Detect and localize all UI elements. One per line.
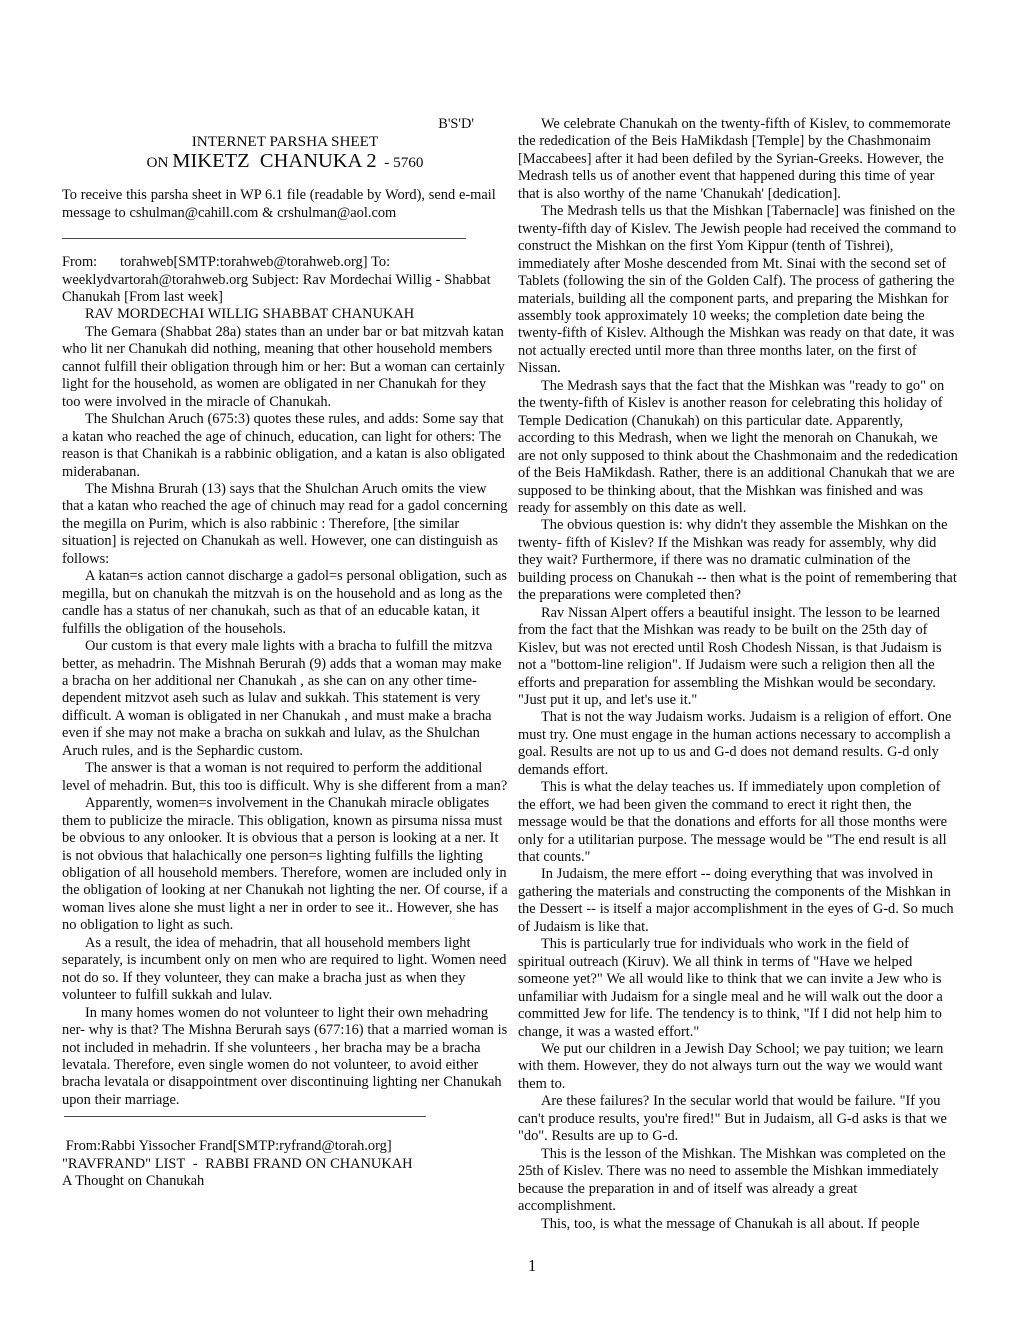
- paragraph: A Thought on Chanukah: [62, 1173, 508, 1190]
- two-column-layout: B'S'D' INTERNET PARSHA SHEET ON MIKETZ C…: [62, 116, 958, 1233]
- document-page: B'S'D' INTERNET PARSHA SHEET ON MIKETZ C…: [0, 0, 1020, 1320]
- paragraph: From:Rabbi Yissocher Frand[SMTP:ryfrand@…: [62, 1138, 508, 1155]
- paragraph: "RAVFRAND" LIST - RABBI FRAND ON CHANUKA…: [62, 1156, 508, 1173]
- paragraph: Rav Nissan Alpert offers a beautiful ins…: [518, 605, 958, 710]
- parsha-title-main: MIKETZ CHANUKA 2: [172, 150, 376, 172]
- paragraph: This is what the delay teaches us. If im…: [518, 779, 958, 866]
- horizontal-rule: [62, 238, 466, 239]
- paragraph: The answer is that a woman is not requir…: [62, 760, 508, 795]
- right-column-text: We celebrate Chanukah on the twenty-fift…: [518, 116, 958, 1233]
- paragraph: Are these failures? In the secular world…: [518, 1093, 958, 1145]
- sheet-title: INTERNET PARSHA SHEET: [62, 133, 508, 151]
- parsha-title-suffix: - 5760: [377, 154, 424, 171]
- paragraph: A katan=s action cannot discharge a gado…: [62, 568, 508, 638]
- paragraph: This, too, is what the message of Chanuk…: [518, 1216, 958, 1233]
- paragraph: The Mishna Brurah (13) says that the Shu…: [62, 481, 508, 568]
- horizontal-rule: [64, 1116, 426, 1117]
- paragraph: This is particularly true for individual…: [518, 936, 958, 1041]
- page-number: 1: [528, 1256, 536, 1276]
- paragraph: We celebrate Chanukah on the twenty-fift…: [518, 116, 958, 203]
- bsd-label: B'S'D': [62, 116, 508, 133]
- paragraph: Apparently, women=s involvement in the C…: [62, 795, 508, 935]
- paragraph: RAV MORDECHAI WILLIG SHABBAT CHANUKAH: [62, 306, 508, 323]
- paragraph: That is not the way Judaism works. Judai…: [518, 709, 958, 779]
- parsha-title-prefix: ON: [147, 154, 173, 171]
- paragraph: The Gemara (Shabbat 28a) states than an …: [62, 324, 508, 411]
- paragraph: As a result, the idea of mehadrin, that …: [62, 935, 508, 1005]
- right-column: We celebrate Chanukah on the twenty-fift…: [518, 116, 958, 1233]
- document-header: B'S'D' INTERNET PARSHA SHEET ON MIKETZ C…: [62, 116, 508, 173]
- paragraph: To receive this parsha sheet in WP 6.1 f…: [62, 187, 508, 222]
- paragraph: From: torahweb[SMTP:torahweb@torahweb.or…: [62, 254, 508, 306]
- parsha-title: ON MIKETZ CHANUKA 2 - 5760: [62, 151, 508, 173]
- paragraph: The Medrash tells us that the Mishkan [T…: [518, 203, 958, 378]
- paragraph: The obvious question is: why didn't they…: [518, 517, 958, 604]
- paragraph: We put our children in a Jewish Day Scho…: [518, 1041, 958, 1093]
- paragraph: In many homes women do not volunteer to …: [62, 1005, 508, 1110]
- paragraph: The Medrash says that the fact that the …: [518, 378, 958, 518]
- paragraph: Our custom is that every male lights wit…: [62, 638, 508, 760]
- left-column-text: To receive this parsha sheet in WP 6.1 f…: [62, 187, 508, 1190]
- paragraph: This is the lesson of the Mishkan. The M…: [518, 1146, 958, 1216]
- left-column: B'S'D' INTERNET PARSHA SHEET ON MIKETZ C…: [62, 116, 508, 1233]
- paragraph: In Judaism, the mere effort -- doing eve…: [518, 866, 958, 936]
- paragraph: The Shulchan Aruch (675:3) quotes these …: [62, 411, 508, 481]
